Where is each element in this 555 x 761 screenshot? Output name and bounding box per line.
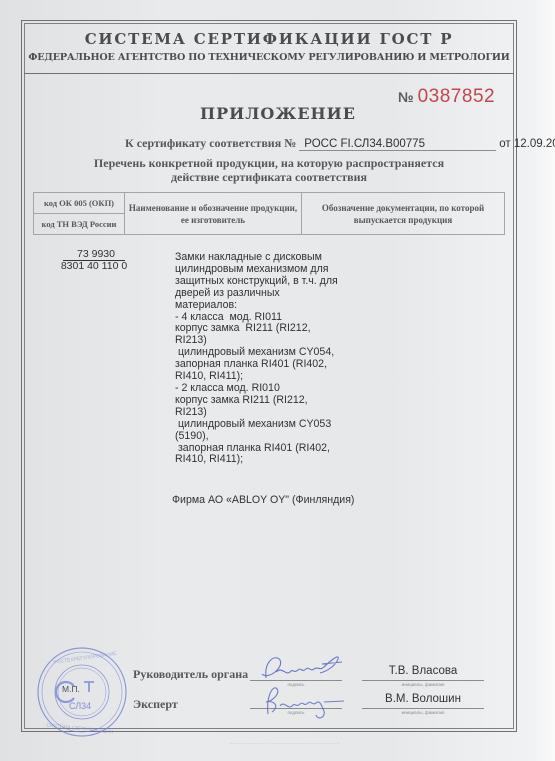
expert-name-line: [362, 708, 484, 709]
head-name: Т.В. Власова: [362, 665, 484, 677]
expert-name: В.М. Волошин: [362, 693, 484, 705]
serial-prefix: №: [398, 89, 414, 105]
col-docs-header: Обозначение документации, по которой вып…: [302, 193, 505, 235]
product-list-title: Перечень конкретной продукции, на котору…: [24, 156, 514, 184]
col-okp-header: код ОК 005 (ОКП): [34, 193, 125, 214]
columns-header-table: код ОК 005 (ОКП) Наименование и обозначе…: [33, 192, 505, 235]
certificate-number: РОСС FI.СЛ34.В00775: [299, 138, 496, 151]
serial-number: № 0387852: [398, 86, 495, 108]
manufacturer: Фирма АО «ABLOY OY" (Финляндия): [172, 494, 354, 506]
expert-signature: [258, 680, 358, 720]
certificate-reference: К сертификату соответствия № РОСС FI.СЛ3…: [125, 136, 555, 151]
serial-value: 0387852: [418, 86, 495, 107]
svg-text:СЛ34: СЛ34: [69, 701, 91, 711]
col-tnved-header: код ТН ВЭД России: [34, 214, 125, 235]
head-name-line: [362, 680, 484, 681]
expert-label: Эксперт: [133, 697, 178, 712]
agency-subtitle: ФЕДЕРАЛЬНОЕ АГЕНТСТВО ПО ТЕХНИЧЕСКОМУ РЕ…: [24, 52, 514, 63]
product-codes: 73 9930 8301 40 110 0: [48, 249, 140, 272]
col-name-header: Наименование и обозначение продукции, ее…: [125, 193, 302, 235]
tnved-code: 8301 40 110 0: [48, 261, 140, 272]
certificate-date: от 12.09.2011: [499, 138, 555, 150]
official-stamp: РОСТЕХРЕГУЛИРОВАНИЕ СИСТЕМА СЕРТИФИКАЦИИ…: [36, 646, 128, 738]
expert-name-caption: инициалы, фамилия: [362, 710, 484, 715]
header-divider: [24, 73, 514, 74]
certification-system-title: СИСТЕМА СЕРТИФИКАЦИИ ГОСТ Р: [24, 30, 514, 48]
svg-text:М.П.: М.П.: [62, 684, 80, 694]
footer-microprint: ··· ··· ·· ····· ···· ···· ··· ··· ·· ··…: [140, 742, 430, 746]
svg-text:СИСТЕМА СЕРТИФИКАЦИИ: СИСТЕМА СЕРТИФИКАЦИИ: [46, 722, 114, 735]
certificate-label: К сертификату соответствия №: [125, 136, 296, 150]
product-description: Замки накладные с дисковым цилиндровым м…: [175, 252, 350, 466]
appendix-title: ПРИЛОЖЕНИЕ: [200, 104, 356, 123]
head-name-caption: инициалы, фамилия: [362, 682, 484, 687]
head-of-body-label: Руководитель органа: [133, 667, 248, 682]
